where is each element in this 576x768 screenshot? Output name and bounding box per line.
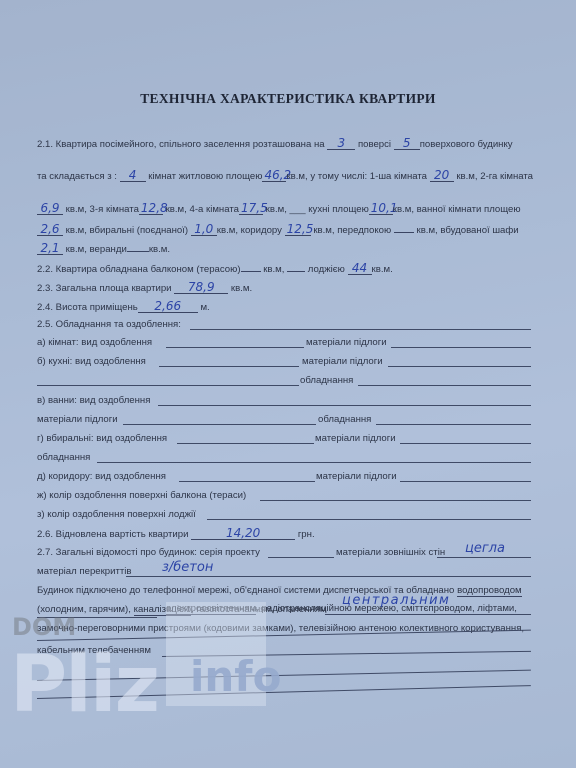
- balcony-label: 2.2. Квартира обладнана балконом (терасо…: [37, 264, 241, 275]
- section-2-1-line-5: 2,1 кв.м, верандикв.м.: [37, 242, 170, 255]
- height-unit: м.: [200, 302, 209, 313]
- room2-label: кв.м, 2-га кімната: [456, 171, 533, 182]
- loggia-color-row: з) колір оздоблення поверхні лоджії: [37, 509, 196, 520]
- rule: [391, 347, 531, 348]
- building-label: поверхового будинку: [420, 139, 513, 150]
- rule: [166, 347, 304, 348]
- bath-finish-label: в) ванни: вид оздоблення: [37, 395, 150, 406]
- floor-materials-label: матеріали підлоги: [302, 356, 383, 367]
- hall-blank: [394, 223, 414, 233]
- living-area-value: 46,2: [262, 170, 286, 182]
- rule: [159, 366, 299, 367]
- section-2-5: 2.5. Обладнання та оздоблення:: [37, 319, 181, 330]
- utilities-text-3: , радіотрансляційною мережею, сміттєпров…: [256, 603, 517, 614]
- kitchen-label: кв.м, ___ кухні площею: [266, 204, 369, 215]
- kitchen-finish-label: б) кухні: вид оздоблення: [37, 356, 146, 367]
- rule: [190, 329, 531, 330]
- rooms-floor-label: матеріали підлоги: [306, 337, 387, 348]
- balcony-color-row: ж) колір оздоблення поверхні балкона (те…: [37, 490, 246, 501]
- loggia-value: 44: [348, 263, 372, 275]
- veranda-unit: кв.м.: [149, 244, 170, 255]
- restored-cost-label: 2.6. Відновлена вартість квартири: [37, 529, 188, 540]
- watermark-dom: DOM: [12, 613, 76, 641]
- section-2-1-line-1: 2.1. Квартира посімейного, спільного зас…: [37, 138, 513, 150]
- walls-label: матеріали зовнішніх стін: [336, 547, 445, 558]
- section-2-2: 2.2. Квартира обладнана балконом (терасо…: [37, 262, 393, 275]
- ceiling-row: матеріал перекриттів: [37, 566, 132, 577]
- room4-value: 17,5: [239, 203, 263, 215]
- total-area-label: 2.3. Загальна площа квартири: [37, 283, 172, 294]
- equipment-label-t: обладнання: [37, 452, 90, 463]
- corridor-finish-label: д) коридору: вид оздоблення: [37, 471, 166, 482]
- floor-label: поверсі: [358, 139, 391, 150]
- incl-label: кв.м, у тому числі: 1-ша кімната: [286, 171, 427, 182]
- section-2-4: 2.4. Висота приміщень2,66 м.: [37, 301, 210, 313]
- equipment-label-b: обладнання: [318, 414, 371, 425]
- rule: [325, 614, 531, 615]
- rule: [126, 576, 531, 577]
- equipment-label: 2.5. Обладнання та оздоблення:: [37, 319, 181, 330]
- restored-cost-value: 14,20: [191, 528, 295, 540]
- bath-floor-label: матеріали підлоги: [37, 414, 118, 425]
- veranda-label: кв.м, веранди: [66, 244, 127, 255]
- toilet-finish-label: г) вбиральні: вид оздоблення: [37, 433, 167, 444]
- balcony-color-label: ж) колір оздоблення поверхні балкона (те…: [37, 490, 246, 501]
- total-area-value: 78,9: [174, 282, 228, 294]
- toilet-floor-label: матеріали підлоги: [315, 433, 396, 444]
- utilities-text-4: замочно-переговорними пристроями (кодови…: [37, 623, 524, 634]
- rooms-value: 4: [120, 170, 146, 182]
- corridor-finish-row: д) коридору: вид оздоблення: [37, 471, 166, 482]
- rooms-finish-label: а) кімнат: вид оздоблення: [37, 337, 152, 348]
- room2-value: 6,9: [37, 203, 63, 215]
- living-area-label: кімнат житловою площею: [148, 171, 262, 182]
- watermark-pliz: Pliz: [10, 640, 158, 730]
- project-series-label: 2.7. Загальні відомості про будинок: сер…: [37, 547, 260, 558]
- hall-label: кв.м, передпокою: [313, 225, 391, 236]
- loggia-color-label: з) колір оздоблення поверхні лоджії: [37, 509, 196, 520]
- rule: [388, 366, 531, 367]
- section-2-3: 2.3. Загальна площа квартири 78,9 кв.м.: [37, 282, 252, 294]
- rule: [158, 405, 531, 406]
- rule: [268, 557, 334, 558]
- bath-value: 2,6: [37, 224, 63, 236]
- rooms-finish-row: а) кімнат: вид оздоблення: [37, 337, 152, 348]
- watermark-info: info: [190, 652, 281, 701]
- document-title: ТЕХНІЧНА ХАРАКТЕРИСТИКА КВАРТИРИ: [0, 91, 576, 107]
- rule: [179, 481, 315, 482]
- rule: [400, 481, 531, 482]
- toilet-value: 1,0: [191, 224, 217, 236]
- water-supply: водопроводом: [457, 585, 522, 597]
- floor-materials-label: матеріали підлоги: [316, 471, 397, 482]
- ceiling-value: з/бетон: [162, 560, 213, 575]
- rule: [177, 443, 314, 444]
- bath-label: кв.м, ванної кімнати площею: [393, 204, 521, 215]
- consists-label: та складається з :: [37, 171, 117, 182]
- restored-cost-unit: грн.: [298, 529, 315, 540]
- rule: [358, 385, 531, 386]
- section-2-7: 2.7. Загальні відомості про будинок: сер…: [37, 547, 260, 558]
- closet-label: кв.м, вбудованої шафи: [417, 225, 519, 236]
- rule: [97, 462, 531, 463]
- toilet-equip-label: обладнання: [37, 452, 90, 463]
- floor-materials-label: матеріали підлоги: [315, 433, 396, 444]
- balcony-blank: [241, 262, 261, 272]
- total-area-unit: кв.м.: [231, 283, 252, 294]
- toilet-label: кв.м, вбиральні (поєднаної): [66, 225, 188, 236]
- corridor-floor-label: матеріали підлоги: [316, 471, 397, 482]
- height-label: 2.4. Висота приміщень: [37, 302, 138, 313]
- rule: [123, 424, 316, 425]
- equipment-label-k: обладнання: [300, 375, 353, 386]
- kitchen-floor-label: матеріали підлоги: [302, 356, 383, 367]
- corridor-value: 12,5: [285, 224, 311, 236]
- kitchen-finish-row: б) кухні: вид оздоблення: [37, 356, 146, 367]
- floor-value: 3: [327, 138, 355, 150]
- total-floors-value: 5: [394, 138, 420, 150]
- restored-cost-row: 2.6. Відновлена вартість квартири 14,20 …: [37, 528, 315, 540]
- bath-equip-label: обладнання: [318, 414, 371, 425]
- corridor-label: кв.м, коридору: [217, 225, 282, 236]
- toilet-finish-row: г) вбиральні: вид оздоблення: [37, 433, 167, 444]
- section-2-1-line-4: 2,6 кв.м, вбиральні (поєднаної) 1,0кв.м,…: [37, 223, 519, 236]
- loggia-label: лоджією: [308, 264, 345, 275]
- section-2-1-line-2: та складається з : 4 кімнат житловою пло…: [37, 170, 533, 182]
- rule: [437, 557, 531, 558]
- closet-value: 2,1: [37, 243, 63, 255]
- section-2-1-line-3: 6,9 кв.м, 3-я кімната12,8 кв.м, 4-а кімн…: [37, 203, 521, 215]
- floor-materials-label: матеріали підлоги: [37, 414, 118, 425]
- bath-finish-row: в) ванни: вид оздоблення: [37, 395, 150, 406]
- rule: [400, 443, 531, 444]
- loggia-unit: кв.м.: [372, 264, 393, 275]
- loggia-blank-pre: [287, 262, 305, 272]
- walls-row: матеріали зовнішніх стін: [336, 547, 445, 558]
- balcony-unit: кв.м,: [263, 264, 284, 275]
- rule: [376, 424, 531, 425]
- document-page: ТЕХНІЧНА ХАРАКТЕРИСТИКА КВАРТИРИ 2.1. Кв…: [0, 0, 576, 768]
- ceiling-label: матеріал перекриттів: [37, 566, 132, 577]
- s21-prefix: 2.1. Квартира посімейного, спільного зас…: [37, 139, 325, 150]
- height-value: 2,66: [138, 301, 198, 313]
- utilities-line-4: замочно-переговорними пристроями (кодови…: [37, 623, 524, 634]
- floor-materials-label: матеріали підлоги: [306, 337, 387, 348]
- kitchen-value: 10,1: [369, 203, 393, 215]
- rule: [207, 519, 531, 520]
- room4-label: кв.м, 4-а кімната: [166, 204, 239, 215]
- room3-value: 12,8: [139, 203, 163, 215]
- room1-value: 20: [430, 170, 454, 182]
- room3-label: кв.м, 3-я кімната: [66, 204, 139, 215]
- kitchen-equip-label: обладнання: [300, 375, 353, 386]
- rule: [260, 500, 531, 501]
- rule: [37, 385, 299, 386]
- veranda-blank: [127, 242, 149, 252]
- walls-value: цегла: [465, 541, 505, 556]
